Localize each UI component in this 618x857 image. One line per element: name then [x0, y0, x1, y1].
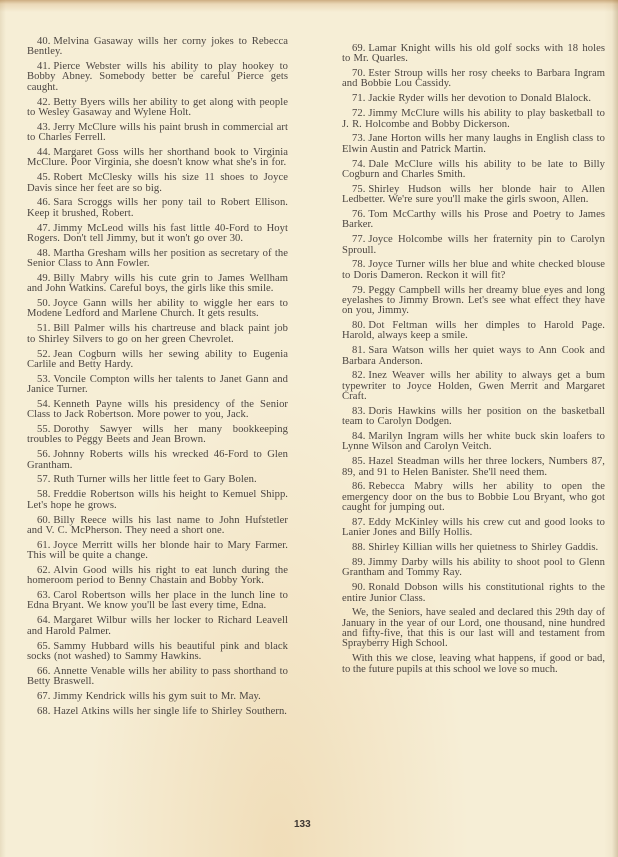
entry-text: Inez Weaver wills her ability to always … [342, 370, 605, 402]
will-entry: 40.Melvina Gasaway wills her corny jokes… [27, 37, 288, 58]
entry-text: Joyce Merritt wills her blonde hair to M… [27, 540, 288, 561]
will-entry: 52.Jean Cogburn wills her sewing ability… [27, 350, 288, 371]
will-entry: 65.Sammy Hubbard wills his beautiful pin… [27, 642, 288, 663]
entry-number: 68. [37, 706, 50, 717]
closing-paragraph: With this we close, leaving what happens… [342, 654, 605, 675]
entry-text: Jackie Ryder wills her devotion to Donal… [368, 93, 591, 104]
entry-text: Annette Venable wills her ability to pas… [27, 666, 288, 687]
will-entry: 62.Alvin Good wills his right to eat lun… [27, 566, 288, 587]
entry-text: Joyce Turner wills her blue and white ch… [342, 259, 605, 280]
will-entry: 43.Jerry McClure wills his paint brush i… [27, 123, 288, 144]
entry-number: 67. [37, 691, 50, 702]
entry-text: Hazel Steadman wills her three lockers, … [342, 456, 605, 477]
will-entry: 72.Jimmy McClure wills his ability to pl… [342, 109, 605, 130]
will-entry: 78.Joyce Turner wills her blue and white… [342, 260, 605, 281]
entry-text: Jane Horton wills her many laughs in Eng… [342, 133, 605, 154]
entry-text: Jean Cogburn wills her sewing ability to… [27, 349, 288, 370]
entry-text: Billy Reece wills his last name to John … [27, 515, 288, 536]
entry-text: Shirley Killian wills her quietness to S… [368, 542, 598, 553]
entry-text: Peggy Campbell wills her dreamy blue eye… [342, 285, 605, 317]
entry-number: 57. [37, 474, 50, 485]
will-entry: 83.Doris Hawkins wills her position on t… [342, 407, 605, 428]
will-entry: 54.Kenneth Payne wills his presidency of… [27, 400, 288, 421]
entry-text: Pierce Webster wills his ability to play… [27, 61, 288, 93]
page-number: 133 [294, 819, 311, 830]
entry-text: Betty Byers wills her ability to get alo… [27, 97, 288, 118]
entry-text: Ruth Turner wills her little feet to Gar… [53, 474, 256, 485]
will-entry: 79.Peggy Campbell wills her dreamy blue … [342, 286, 605, 317]
entry-text: Voncile Compton wills her talents to Jan… [27, 374, 288, 395]
will-entry: 75.Shirley Hudson wills her blonde hair … [342, 185, 605, 206]
entry-text: Melvina Gasaway wills her corny jokes to… [27, 36, 288, 57]
entry-text: Jimmy Kendrick wills his gym suit to Mr.… [53, 691, 260, 702]
will-entry: 47.Jimmy McLeod wills his fast little 40… [27, 224, 288, 245]
will-entry: 48.Martha Gresham wills her position as … [27, 249, 288, 270]
entry-text: Ester Stroup wills her rosy cheeks to Ba… [342, 68, 605, 89]
will-entry: 60.Billy Reece wills his last name to Jo… [27, 516, 288, 537]
will-entry: 69.Lamar Knight wills his old golf socks… [342, 44, 605, 65]
left-column: 40.Melvina Gasaway wills her corny jokes… [27, 37, 288, 722]
entry-text: Jerry McClure wills his paint brush in c… [27, 122, 288, 143]
entry-text: Joyce Holcombe wills her fraternity pin … [342, 234, 605, 255]
will-entry: 81.Sara Watson wills her quiet ways to A… [342, 346, 605, 367]
right-column: 69.Lamar Knight wills his old golf socks… [342, 44, 605, 679]
will-entry: 53.Voncile Compton wills her talents to … [27, 375, 288, 396]
will-entry: 42.Betty Byers wills her ability to get … [27, 98, 288, 119]
entry-text: Robert McClesky wills his size 11 shoes … [27, 172, 288, 193]
will-entry: 87.Eddy McKinley wills his crew cut and … [342, 518, 605, 539]
entry-text: Dale McClure wills his ability to be lat… [342, 159, 605, 180]
entry-text: Kenneth Payne wills his presidency of th… [27, 399, 288, 420]
entry-text: Sammy Hubbard wills his beautiful pink a… [27, 641, 288, 662]
will-entry: 88.Shirley Killian wills her quietness t… [342, 543, 605, 553]
will-entry: 80.Dot Feltman wills her dimples to Haro… [342, 321, 605, 342]
will-entry: 50.Joyce Gann wills her ability to wiggl… [27, 299, 288, 320]
will-entry: 89.Jimmy Darby wills his ability to shoo… [342, 558, 605, 579]
will-entry: 84.Marilyn Ingram wills her white buck s… [342, 432, 605, 453]
entry-text: Freddie Robertson wills his height to Ke… [27, 489, 288, 510]
entry-text: Hazel Atkins wills her single life to Sh… [53, 706, 287, 717]
entry-number: 88. [352, 542, 365, 553]
will-entry: 44.Margaret Goss wills her shorthand boo… [27, 148, 288, 169]
will-entry: 64.Margaret Wilbur wills her locker to R… [27, 616, 288, 637]
entry-text: Margaret Wilbur wills her locker to Rich… [27, 615, 288, 636]
entry-text: Jimmy McClure wills his ability to play … [342, 108, 605, 129]
entry-text: Tom McCarthy wills his Prose and Poetry … [342, 209, 605, 230]
entry-text: Joyce Gann wills her ability to wiggle h… [27, 298, 288, 319]
entry-text: Carol Robertson wills her place in the l… [27, 590, 288, 611]
will-entry: 63.Carol Robertson wills her place in th… [27, 591, 288, 612]
entry-text: Eddy McKinley wills his crew cut and goo… [342, 517, 605, 538]
entry-number: 71. [352, 93, 365, 104]
will-entry: 45.Robert McClesky wills his size 11 sho… [27, 173, 288, 194]
will-entry: 74.Dale McClure wills his ability to be … [342, 160, 605, 181]
will-entry: 61.Joyce Merritt wills her blonde hair t… [27, 541, 288, 562]
entry-text: Ronald Dobson wills his constitutional r… [342, 582, 605, 603]
will-entry: 51.Bill Palmer wills his chartreuse and … [27, 324, 288, 345]
entry-text: Martha Gresham wills her position as sec… [27, 248, 288, 269]
entry-text: Marilyn Ingram wills her white buck skin… [342, 431, 605, 452]
will-entry: 56.Johnny Roberts wills his wrecked 46-F… [27, 450, 288, 471]
will-entry: 67.Jimmy Kendrick wills his gym suit to … [27, 692, 288, 702]
will-entry: 55.Dorothy Sawyer wills her many bookkee… [27, 425, 288, 446]
entry-text: Margaret Goss wills her shorthand book t… [27, 147, 288, 168]
entry-text: Sara Scroggs wills her pony tail to Robe… [27, 197, 288, 218]
entry-text: Doris Hawkins wills her position on the … [342, 406, 605, 427]
will-entry: 90.Ronald Dobson wills his constitutiona… [342, 583, 605, 604]
will-entry: 46.Sara Scroggs wills her pony tail to R… [27, 198, 288, 219]
closing-paragraph: We, the Seniors, have sealed and declare… [342, 608, 605, 649]
will-entry: 73.Jane Horton wills her many laughs in … [342, 134, 605, 155]
will-entry: 70.Ester Stroup wills her rosy cheeks to… [342, 69, 605, 90]
will-entry: 41.Pierce Webster wills his ability to p… [27, 62, 288, 93]
entry-text: Shirley Hudson wills her blonde hair to … [342, 184, 605, 205]
will-entry: 49.Billy Mabry wills his cute grin to Ja… [27, 274, 288, 295]
entry-text: Sara Watson wills her quiet ways to Ann … [342, 345, 605, 366]
entry-text: Jimmy McLeod wills his fast little 40-Fo… [27, 223, 288, 244]
entry-text: Billy Mabry wills his cute grin to James… [27, 273, 288, 294]
entry-text: Lamar Knight wills his old golf socks wi… [342, 43, 605, 64]
will-entry: 66.Annette Venable wills her ability to … [27, 667, 288, 688]
will-entry: 76.Tom McCarthy wills his Prose and Poet… [342, 210, 605, 231]
will-entry: 82.Inez Weaver wills her ability to alwa… [342, 371, 605, 402]
entry-text: Bill Palmer wills his chartreuse and bla… [27, 323, 288, 344]
yearbook-page: 40.Melvina Gasaway wills her corny jokes… [0, 0, 618, 857]
entry-text: Alvin Good wills his right to eat lunch … [27, 565, 288, 586]
will-entry: 85.Hazel Steadman wills her three locker… [342, 457, 605, 478]
entry-text: Johnny Roberts wills his wrecked 46-Ford… [27, 449, 288, 470]
will-entry: 77.Joyce Holcombe wills her fraternity p… [342, 235, 605, 256]
entry-text: Jimmy Darby wills his ability to shoot p… [342, 557, 605, 578]
entry-text: Dorothy Sawyer wills her many bookkeepin… [27, 424, 288, 445]
entry-text: Dot Feltman wills her dimples to Harold … [342, 320, 605, 341]
will-entry: 71.Jackie Ryder wills her devotion to Do… [342, 94, 605, 104]
entry-text: Rebecca Mabry wills her ability to open … [342, 481, 605, 513]
will-entry: 86.Rebecca Mabry wills her ability to op… [342, 482, 605, 513]
will-entry: 57.Ruth Turner wills her little feet to … [27, 475, 288, 485]
will-entry: 68.Hazel Atkins wills her single life to… [27, 707, 288, 717]
will-entry: 58.Freddie Robertson wills his height to… [27, 490, 288, 511]
